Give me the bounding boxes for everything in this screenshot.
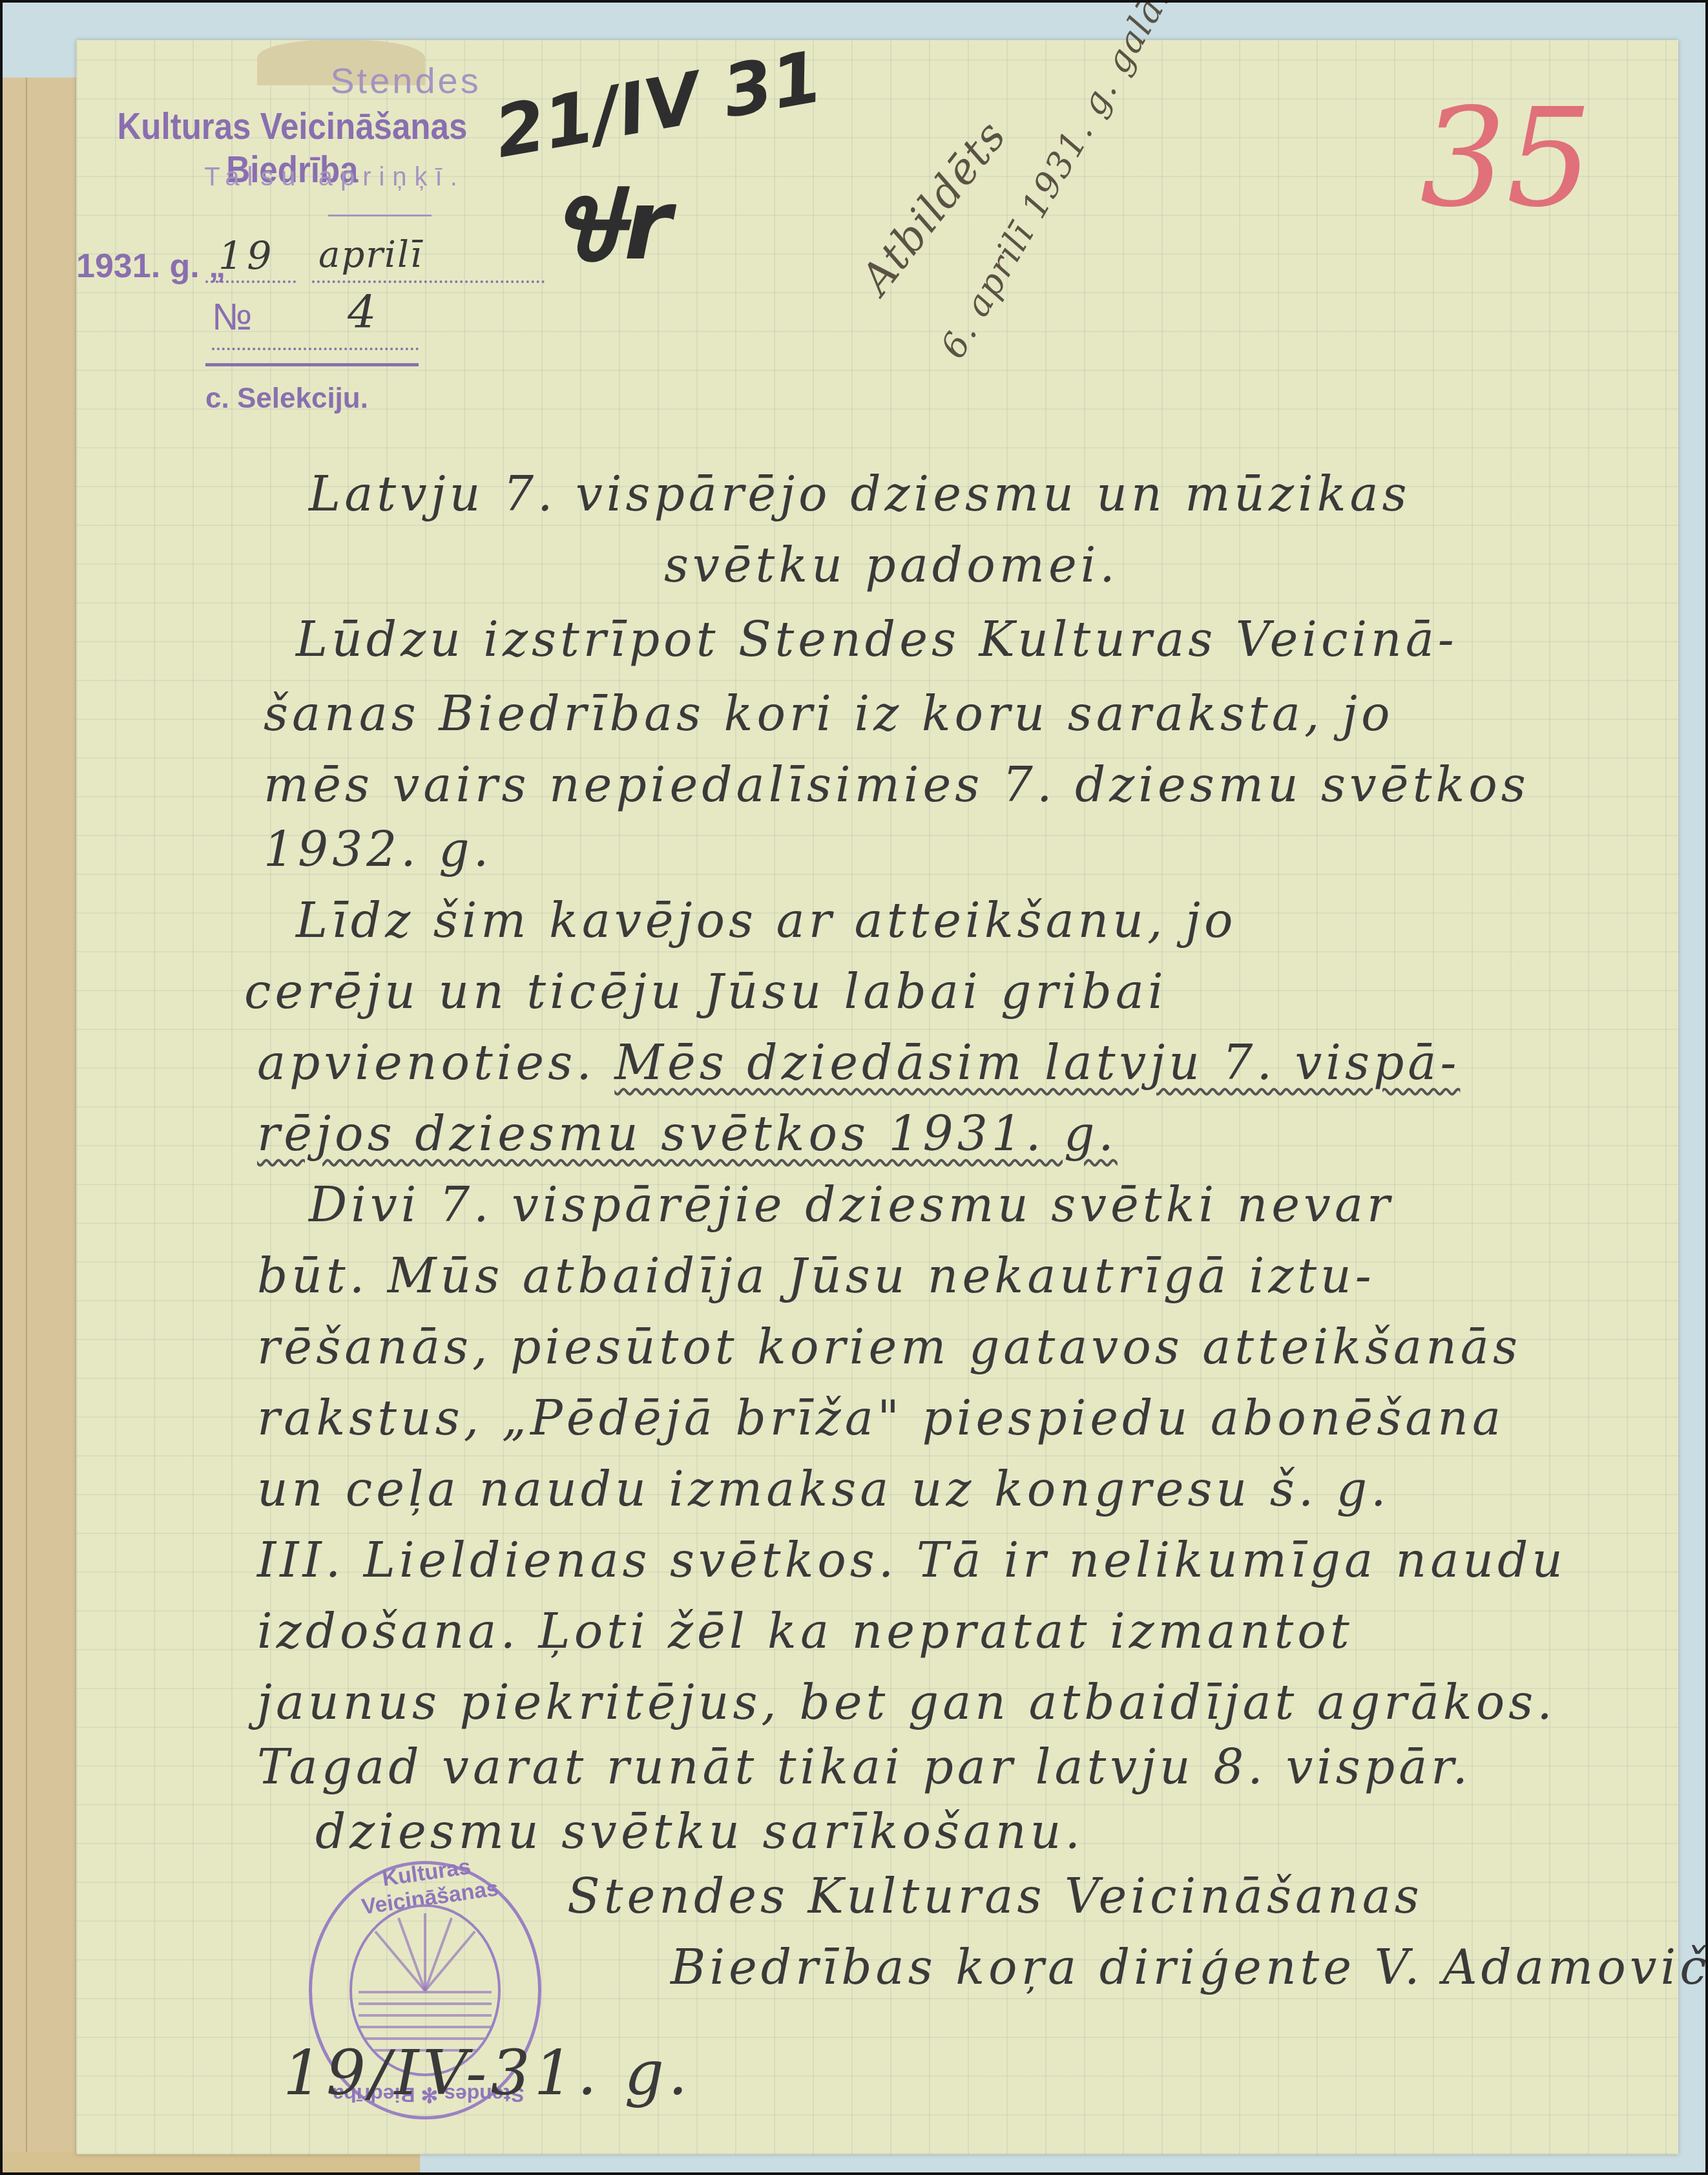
seal-ray — [424, 1918, 453, 1991]
body-line-5: Līdz šim kavējos ar atteikšanu, jo — [296, 893, 1236, 949]
signature-line1: Stendes Kulturas Veicināšanas — [567, 1869, 1423, 1924]
date-day: 19 — [218, 234, 275, 279]
body-line-15: izdošana. Ļoti žēl ka nepratat izmantot — [257, 1604, 1353, 1659]
body-line-7-underlined: Mēs dziedāsim latvju 7. vispā- — [614, 1035, 1460, 1091]
place-text: c. Selekciju. — [205, 383, 368, 415]
body-line-10: būt. Mūs atbaidīja Jūsu nekautrīgā iztu- — [257, 1248, 1375, 1304]
closing-date: 19/IV-31. g. — [283, 2037, 692, 2109]
number-underline — [205, 363, 419, 366]
body-line-7: apvienoties. Mēs dziedāsim latvju 7. vis… — [257, 1035, 1460, 1091]
body-line-1: Lūdzu izstrīpot Stendes Kulturas Veicinā… — [296, 612, 1458, 667]
letterhead-line3: Talsu apriņķī. — [154, 163, 516, 192]
signature-line2: Biedrības koŗa diriģente V. Adamovičs. — [671, 1940, 1708, 1995]
body-line-16: jaunus piekritējus, bet gan atbaidījat a… — [257, 1675, 1556, 1730]
body-line-8: rējos dziesmu svētkos 1931. g. — [257, 1106, 1118, 1162]
letter-sheet: Stendes Kulturas Veicināšanas Biedrība T… — [76, 40, 1678, 2154]
body-line-13: un ceļa naudu izmaksa uz kongresu š. g. — [257, 1462, 1390, 1517]
number-label: № — [212, 295, 252, 339]
recipient-line1: Latvju 7. vispārējo dziesmu un mūzikas — [309, 467, 1411, 522]
date-prefix: 1931. g. „ — [76, 247, 225, 286]
backing-paper-bottom — [0, 2152, 420, 2175]
number-dots — [212, 348, 419, 350]
seal-ray — [424, 1913, 426, 1991]
letterhead-line1: Stendes — [296, 59, 516, 101]
pencil-initials-mark: Ꮰr — [554, 169, 672, 284]
body-line-17: Tagad varat runāt tikai par latvju 8. vi… — [257, 1739, 1472, 1795]
seal-ray — [397, 1918, 426, 1991]
seal-ray — [424, 1931, 475, 1991]
red-page-number: 35 — [1420, 79, 1592, 237]
body-line-11: rēšanās, piesūtot koriem gatavos atteikš… — [257, 1319, 1521, 1375]
body-line-7-start: apvienoties. — [257, 1035, 596, 1091]
recipient-line2: svētku padomei. — [664, 538, 1119, 593]
body-line-14: III. Lieldienas svētkos. Tā ir nelikumīg… — [257, 1533, 1567, 1588]
date-month: aprilī — [318, 234, 423, 276]
body-line-8-underlined: rējos dziesmu svētkos 1931. g. — [257, 1106, 1118, 1162]
seal-ray — [374, 1931, 426, 1991]
date-day-dots — [205, 280, 296, 283]
body-line-2: šanas Biedrības kori iz koru saraksta, j… — [264, 686, 1394, 742]
body-line-3: mēs vairs nepiedalīsimies 7. dziesmu svē… — [264, 757, 1530, 813]
date-month-dots — [312, 280, 545, 283]
backing-paper-edge — [26, 78, 27, 2175]
body-line-9: Divi 7. vispārējie dziesmu svētki nevar — [309, 1177, 1393, 1233]
body-line-4: 1932. g. — [264, 822, 492, 877]
letterhead-divider — [328, 215, 432, 216]
body-line-6: cerēju un ticēju Jūsu labai gribai — [244, 964, 1167, 1020]
number-value: 4 — [348, 286, 380, 339]
pencil-date-annotation: 21/IV 31 — [489, 35, 828, 174]
body-line-18: dziesmu svētku sarīkošanu. — [315, 1804, 1084, 1860]
body-line-12: rakstus, „Pēdējā brīža" piespiedu abonēš… — [257, 1391, 1505, 1446]
